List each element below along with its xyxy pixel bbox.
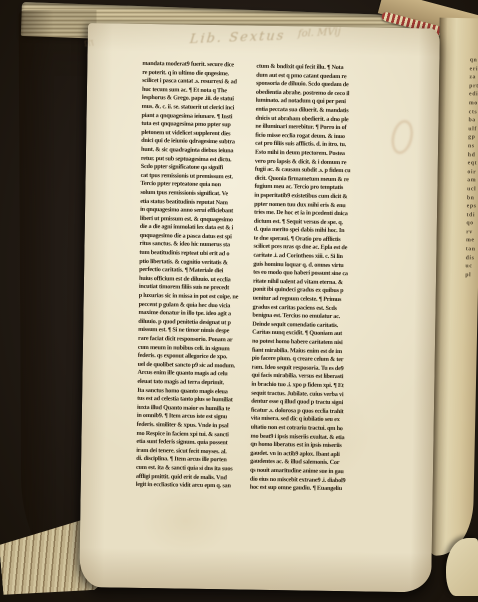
- show-through-mark: m: [83, 36, 95, 50]
- next-page-text-sliver: qnerizaprtedimoctsbaulfgpnshdeqtoiramucl…: [460, 56, 478, 504]
- handwriting-folio: fol. MVij: [298, 27, 341, 40]
- text-line: legit in eccliastico vidit arcu epm q. s…: [136, 481, 248, 491]
- book-page: m Lib. Sextus fol. MVij mandata moderat9…: [79, 23, 440, 592]
- book-photo: qnerizaprtedimoctsbaulfgpnshdeqtoiramucl…: [0, 0, 478, 602]
- text-line: hoc est sup omne gaudiu. ¶ Euangeliu: [250, 484, 374, 495]
- ink-stain: [389, 118, 416, 156]
- text-column-left: mandata moderat9 fuerit. secure dicere p…: [136, 60, 255, 491]
- handwriting-title: Lib. Sextus: [189, 29, 286, 48]
- text-column-right: ctum & bndixit qui fecit illu. ¶ Notadum…: [250, 63, 381, 495]
